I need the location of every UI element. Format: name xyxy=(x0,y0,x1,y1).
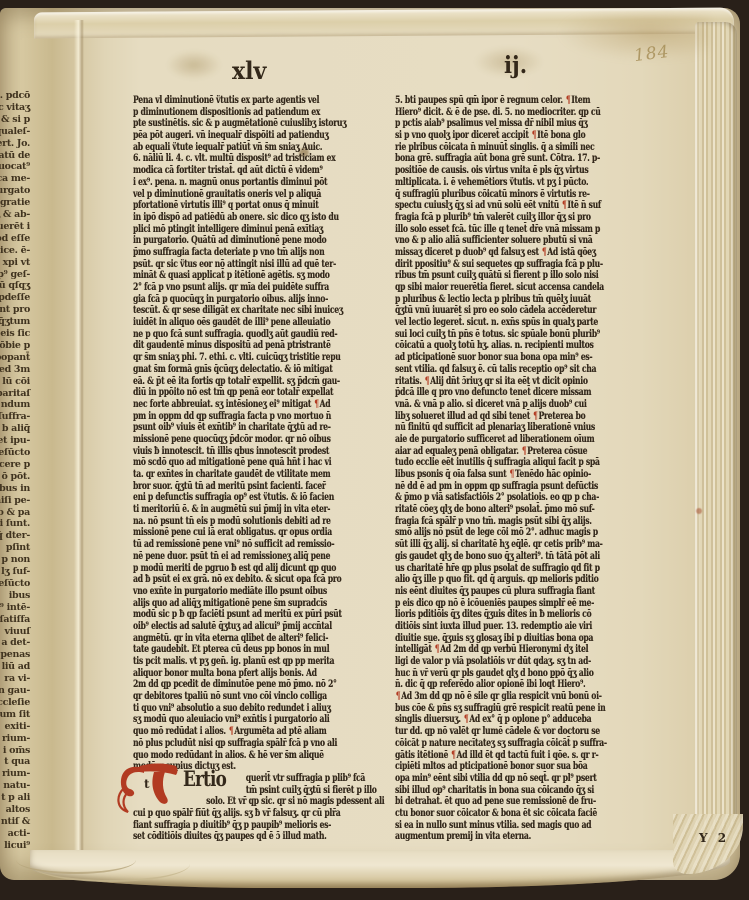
text-line: sūt illi q̄ʒ alij. si charitatē hʒ eq̄lē… xyxy=(395,539,659,551)
rubric-pilcrow-icon: ¶ xyxy=(463,714,469,725)
facing-page-line-fragment: t qua xyxy=(4,756,30,767)
text-line: fragia fcā p plurib⁹ tm̄ valerēt cuilʒ i… xyxy=(395,212,659,224)
text-line: pfortationē virtutis illi⁹ q portat onus… xyxy=(133,200,397,212)
facing-page-line-fragment: i ſunt. xyxy=(0,518,30,529)
facing-page-line-fragment: eſūcto xyxy=(0,578,30,589)
text-line: in ipō dispō ad patiēdū ab onere. sic di… xyxy=(133,212,397,224)
text-line: iuidēt in aliquo oēs gaudēt de illi⁹ pen… xyxy=(133,317,397,329)
text-line: vnā. & vnā p alio. si diceret vnā p alij… xyxy=(395,399,659,411)
text-line: bror suor. q̄ʒtū tn̄ ad meritū psint fac… xyxy=(133,481,397,493)
facing-page-line-fragment: uocat⁹ xyxy=(0,161,30,172)
facing-page-line-fragment: et ipu- xyxy=(0,435,30,446)
handwritten-folio-number: 184 xyxy=(633,42,671,66)
text-line: si p vno quolʒ ipor diceret̄ accipit̄ ¶I… xyxy=(395,130,659,142)
text-line: tur dd. qp nō valēt qr lumē cādele & vor… xyxy=(395,726,659,738)
text-line: singlis diuersuʒ. ¶Ad ex° q̄ p oplone p°… xyxy=(395,714,659,726)
rubric-pilcrow-icon: ¶ xyxy=(531,130,537,141)
text-line: p diminutionem dispositionis ad patiendu… xyxy=(133,107,397,119)
text-line: gia fcā p quocūqʒ in purgatorio oibus. a… xyxy=(133,294,397,306)
text-line: mō scdō quo ad mitigationē pene quā hn̄t… xyxy=(133,457,397,469)
text-line: tate gaudebit. Et pterea cū deus pp bono… xyxy=(133,644,397,656)
text-line: vno & p alio aliā sufficienter soluere p… xyxy=(395,235,659,247)
facing-page-line-fragment: ratū de xyxy=(0,150,30,161)
text-line: vno exn̄te in purgatorio mediāte illo ps… xyxy=(133,586,397,598)
text-line: i ex⁹. pena. n. magnū onus portantis dim… xyxy=(133,177,397,189)
facing-page-line-fragment: ōbie p xyxy=(0,340,30,351)
text-line: aie de purgatorio sufficeret ad liberati… xyxy=(395,434,659,446)
text-line: diuitie sue. q̄ʒuis sʒ glosaʒ ibi p diui… xyxy=(395,633,659,645)
facing-page-line-fragment: bus in xyxy=(0,483,30,494)
text-line: ti quo vni⁹ absolutio a suo debito redun… xyxy=(133,703,397,715)
text-line: set cōditiōis diuites q̄ʒ paupes qd ē ɔ̄… xyxy=(133,831,397,843)
text-line: ritatis. ¶Alij dn̄t ɔ̄riuʒ qr si ita eēt… xyxy=(395,376,659,388)
facing-page-line-fragment: qualeſ- xyxy=(0,126,30,137)
text-line: vel lectio legeret̄. sicut. n. exn̄s spū… xyxy=(395,317,659,329)
gutter-fold-crease xyxy=(74,20,84,850)
text-line: ad ƀ psūt ei ex grā. nō ex debito. & sic… xyxy=(133,574,397,586)
running-header-chapter-number: xlv xyxy=(232,56,266,85)
text-line: ditiōis sint iuxta illud puer. 13. redem… xyxy=(395,621,659,633)
rubric-pilcrow-icon: ¶ xyxy=(565,95,571,106)
text-line: eni p defunctis suffragia op⁹ est v̈tuti… xyxy=(133,492,397,504)
text-line: 5. bti paupes spū qm̄ ipor ē regnum celo… xyxy=(395,95,659,107)
text-line: eā. & p̄t eē ita fortis qp totalr̄ expel… xyxy=(133,376,397,388)
facing-page-line-fragment: exiti- xyxy=(5,721,30,732)
text-line: alio q̄ʒ ille p quo fit. qd q̄ arguis. q… xyxy=(395,574,659,586)
text-line: nec forte abbreuiat. sʒ intēsioneʒ ei⁹ m… xyxy=(133,399,397,411)
facing-page-line-fragment: c vitaʒ xyxy=(0,102,30,113)
facing-page-line-fragment: lice. ē- xyxy=(0,245,30,256)
facing-page-line-fragment: lū cōi xyxy=(2,376,30,387)
text-line: ctu bonor suor cōicator & bona ēt sic cō… xyxy=(395,808,659,820)
facing-page-line-fragment: ntiſ & xyxy=(1,816,30,827)
facing-page-line-fragment: um ſit xyxy=(0,709,30,720)
text-line: mltiplicata. i. ē vehemētiors v̈tutis. v… xyxy=(395,177,659,189)
facing-page-line-fragment: niſi pe- xyxy=(0,495,30,506)
text-line: na. nō psunt tn̄ eis p modū solutionis d… xyxy=(133,516,397,528)
text-line: rie plribus cōicata n̄ minuūt̄ singlis. … xyxy=(395,142,659,154)
text-line: qr s̄m sniaʒ phi. 7. ethi. c. vlti. cuic… xyxy=(133,352,397,364)
facing-page-line-fragment: ca me- xyxy=(0,173,30,184)
facing-page-line-fragment: q̄ʒtum xyxy=(0,316,30,327)
facing-page-line-fragment: cere p xyxy=(0,459,30,470)
text-line: sui loci cuilʒ tn̄ pn̄s ē totus. sic spū… xyxy=(395,329,659,341)
text-line: & p̄mo p viā satisfactiōis 2° psolatiois… xyxy=(395,492,659,504)
text-line: missionē pene cui iā erat obligatus. qr … xyxy=(133,527,397,539)
text-line: aiar ad equaleʒ penā obligatar. ¶Pretere… xyxy=(395,446,659,458)
facing-page-line-fragment: i om̄s xyxy=(3,745,30,756)
text-line: sʒ modū quo aleuiacio vni⁹ exn̄tis i pur… xyxy=(133,714,397,726)
text-line: spectu cuiuslʒ q̄ʒ si ad vnū solū eēt vn… xyxy=(395,200,659,212)
facing-page-line-fragment: altos xyxy=(6,804,30,815)
text-line: sent vtilia. qd falsuʒ ē. cū talis recep… xyxy=(395,364,659,376)
rubric-pilcrow-icon: ¶ xyxy=(532,411,538,422)
facing-page-line-fragment: ʒ & ab- xyxy=(0,209,30,220)
facing-page-line-fragment: urgato xyxy=(0,185,30,196)
text-line: dirit ppositiu⁹ & sui sequetes qp suffra… xyxy=(395,259,659,271)
text-line: huc n̄ vr̄ verū qr pls gaudet qlʒ d bono… xyxy=(395,668,659,680)
text-line: positiōe de causis. ois virtus vnita ē p… xyxy=(395,165,659,177)
text-column-right: 5. bti paupes spū qm̄ ipor ē regnum celo… xyxy=(395,95,659,851)
drop-cap-word: Ertio xyxy=(183,766,226,791)
rubric-pilcrow-icon: ¶ xyxy=(424,376,430,387)
facing-page-line-fragment: p⁹ geſ- xyxy=(0,269,30,280)
text-line: sibi illud op⁹ charitatis in bona sua cō… xyxy=(395,785,659,797)
text-line: lioris pditiōis q̄ʒ dites q̄ʒuis dites i… xyxy=(395,609,659,621)
text-line: missaʒ diceret p duob⁹ qd falsuʒ est ¶Ad… xyxy=(395,247,659,259)
text-line: nis eēnt diuites q̄ʒ paupes cū plura suf… xyxy=(395,586,659,598)
text-line: libʒ solueret illud ad qd sibi tenet̄ ¶P… xyxy=(395,411,659,423)
lombard-initial-T-icon: t xyxy=(114,758,188,820)
text-line: p eis dico qp nō ē icōueniēs paupes simp… xyxy=(395,598,659,610)
facing-page-line-fragment: p non xyxy=(1,554,30,565)
facing-page-line-fragment: ra vi- xyxy=(4,673,30,684)
text-line: tudo ecclie eēt inutilis q̄ suffragia al… xyxy=(395,457,659,469)
fore-edge-page-stack xyxy=(695,22,737,834)
facing-page-line-fragment: gratie xyxy=(0,197,30,208)
text-line: intelligāt̄ ¶Ad 2m dd qp verbū Hieronymi… xyxy=(395,644,659,656)
text-line: pm in oppm dd qp suffragia facta p vno m… xyxy=(133,411,397,423)
text-line: psūt. qr sic v̈tus eor nō attingit nisi … xyxy=(133,259,397,271)
facing-page-line-fragment: t p ali xyxy=(1,792,30,803)
text-line: pēa pōt augeri. vn̄ inequalr̄ dispōiti a… xyxy=(133,130,397,142)
text-line: psunt oib⁹ viuis ēt exn̄tib⁹ in charitat… xyxy=(133,422,397,434)
facing-page-line-fragment: lʒ ſuf- xyxy=(1,566,30,577)
paper-spot xyxy=(696,508,702,514)
facing-page-line-fragment: ert. Jo. xyxy=(0,138,30,149)
facing-page-line-fragment: o & pa xyxy=(0,507,30,518)
rubric-pilcrow-icon: ¶ xyxy=(313,399,319,410)
facing-page-line-fragment: b aliq̄ xyxy=(2,423,30,434)
text-column-left: Pena vl diminutionē v̈tutis ex parte age… xyxy=(133,95,397,851)
text-line: ti meritoriū ē. & in augmētū sui p̄mij i… xyxy=(133,504,397,516)
facing-page-line-fragment: ⁹ intē- xyxy=(0,602,30,613)
facing-page-line-fragment: natu- xyxy=(3,780,30,791)
text-line: ligi de valor p viā psolatiōis vr dūt qd… xyxy=(395,656,659,668)
text-line: dit gaudentē minus dispositū ad penā ptr… xyxy=(133,340,397,352)
rubric-pilcrow-icon: ¶ xyxy=(541,247,547,258)
rubric-pilcrow-icon: ¶ xyxy=(521,446,527,457)
text-line: 2m dd qp pcedit de diminutōe pene mō p̄m… xyxy=(133,679,397,691)
text-line: 6. nāliū li. 4. c. vlt. multū disposit⁹ … xyxy=(133,153,397,165)
text-line: Pena vl diminutionē v̈tutis ex parte age… xyxy=(133,95,397,107)
text-line: Hiero⁹ dicit. & ē de pse. di. 5. no medi… xyxy=(395,107,659,119)
text-line: ab equali v̈tute iequalr̄ patiūt̄ vn̄ s̄… xyxy=(133,142,397,154)
facing-page-line-fragment: ō pōt. xyxy=(1,471,30,482)
text-line: mināt & quasi applicat̄ p itētionē agēti… xyxy=(133,270,397,282)
text-line: aliquor bonor multa bona pfert alijs bon… xyxy=(133,668,397,680)
text-line: gnat s̄m formā gnīs q̄cūqʒ delectatio. &… xyxy=(133,364,397,376)
facing-page-line-fragment: n gau- xyxy=(0,685,30,696)
text-line: nē dd ē ad pm in oppm qp suffragia psunt… xyxy=(395,481,659,493)
text-line: pte sustinētis. sic & p augmētationē cui… xyxy=(133,118,397,130)
rubric-pilcrow-icon: ¶ xyxy=(434,644,440,655)
svg-text:t: t xyxy=(144,777,150,791)
text-line: n̄. dic q̄ qp referēdo alior opionē ibi … xyxy=(395,679,659,691)
quire-signature-mark: Y 2 xyxy=(699,831,729,845)
running-header-question-number: ij. xyxy=(504,52,527,79)
text-line: modica cā fortiter tristat̄. qd aūt dict… xyxy=(133,165,397,177)
rubric-pilcrow-icon: ¶ xyxy=(561,200,567,211)
facing-page-line-fragment: viuuſ xyxy=(4,626,30,637)
text-line: bus cōe & pn̄s sʒ suffragiū grē respicit… xyxy=(395,703,659,715)
facing-page-line-fragment: pſint xyxy=(6,542,30,553)
text-line: p̄mo suffragia facta deteriate p vno tm̄… xyxy=(133,247,397,259)
text-line: illo solo esset fcā. tūc ille q tenet̄ d… xyxy=(395,224,659,236)
facing-page-line-fragment: tū qſqʒ xyxy=(0,280,30,291)
text-line: bi detrahat̄. ēt quo ad pene sue remissi… xyxy=(395,796,659,808)
facing-page-line-fragment: nt pro xyxy=(0,304,30,315)
text-line: p pctis aiab⁹ psalimus vel missa dr̄ nib… xyxy=(395,118,659,130)
rubric-pilcrow-icon: ¶ xyxy=(450,750,456,761)
facing-page-line-fragment: a det- xyxy=(1,637,30,648)
facing-page-line-fragment: ibus xyxy=(9,590,30,601)
text-line: alijs quo ad aliq̄ʒ mitigationē pene s̄m… xyxy=(133,598,397,610)
text-line: plici mō ptingit intelligere diminui pen… xyxy=(133,224,397,236)
text-line: cōicatū a quolʒ totū hʒ. alias. n. recip… xyxy=(395,340,659,352)
text-line: q̄ʒtū vnū iuuarēt si pro eo solo cādela … xyxy=(395,305,659,317)
facing-page-line-fragment: l xpi vt xyxy=(0,257,30,268)
facing-page-text-fragments: i. pdcōc vitaʒa & si pqualeſ-ert. Jo.rat… xyxy=(0,90,31,852)
text-line: 2° fcā p vno psunt alijs. qr mīa dei pui… xyxy=(133,282,397,294)
text-line: ritatē cōeʒ qlʒ de bono alteri⁹ psolat̄.… xyxy=(395,504,659,516)
text-line: nū finitū qd sufficit ad plenariaʒ liber… xyxy=(395,422,659,434)
text-line: ribus tm̄ psunt cuilʒ quātū si fierent p… xyxy=(395,270,659,282)
text-line: p̄dcā ille q pro vno defuncto tenet̄ dic… xyxy=(395,387,659,399)
text-line: libus psonis q̄ oīa falsa sunt ¶Tenēdo h… xyxy=(395,469,659,481)
facing-page-line-fragment: licui⁹ xyxy=(4,840,30,851)
photograph-of-incunable-page: { "page": { "header_left": "xlv", "heade… xyxy=(0,0,749,900)
facing-page-line-fragment: tod eſſe xyxy=(0,233,30,244)
text-line: tescūt. & qr sese diligāt ex charitate n… xyxy=(133,305,397,317)
text-line: vel p diminutionē grauitatis oneris vel … xyxy=(133,189,397,201)
text-line: diū in ppōito nō est tm̄ qp penā eor tot… xyxy=(133,387,397,399)
facing-page-line-fragment: ſuffra- xyxy=(0,411,30,422)
facing-page-line-fragment: ſatiſfa xyxy=(0,614,30,625)
facing-page-line-fragment: rium- xyxy=(2,768,30,779)
facing-page-line-fragment: eſūcto xyxy=(0,447,30,458)
text-line: p modū meriti de pgruo ƀ est qd alij dic… xyxy=(133,563,397,575)
facing-page-line-fragment: a & si p xyxy=(0,114,30,125)
text-line: fragia fcā spālr̄ p vno tm̄. magis psūt … xyxy=(395,516,659,528)
text-line: modū sic p ƀ qp faciēti psunt ad meritū … xyxy=(133,609,397,621)
text-line: ta. qr exn̄tes in charitate gaudēt de vt… xyxy=(133,469,397,481)
facing-page-line-fragment: acti- xyxy=(8,828,30,839)
facing-page-line-fragment: ndum xyxy=(1,399,30,410)
facing-page-line-fragment: popant̄ xyxy=(0,352,30,363)
facing-page-line-fragment: baritaſ xyxy=(0,388,30,399)
text-line: gis gaudet qlʒ de bono suo q̄ʒ alteri⁹. … xyxy=(395,551,659,563)
text-line: tū ad remissionē pene vni⁹ nō sufficit a… xyxy=(133,539,397,551)
text-line: q̄ suffragiū pluribus cōicatū minors ē v… xyxy=(395,189,659,201)
text-line: si ea in nullo sunt minus vtilia. sed ma… xyxy=(395,820,659,832)
text-line: smō alijs nō psūt de lege cōi mō 2°. adh… xyxy=(395,527,659,539)
text-line: cipiēti mltos ad pticipationē bonor suor… xyxy=(395,761,659,773)
text-line: angmētū. qr in vita eterna qlibet de alt… xyxy=(133,633,397,645)
text-line: nō plus pcludūt nisi qp suffragia spālr̄… xyxy=(133,738,397,750)
facing-page-line-fragment: pdeſſe xyxy=(0,292,30,303)
text-line: missionē pene quocūqʒ p̄dcōr modor. qr n… xyxy=(133,434,397,446)
text-line: ¶Ad 3m dd qp nō ē sile qr glia respicit … xyxy=(395,691,659,703)
text-line: opa min⁹ eēnt sibi vtilia dd qp nō seqt̄… xyxy=(395,773,659,785)
text-line: p pluribus & lectio lecta p plribus tm̄ … xyxy=(395,294,659,306)
text-line: ne p quo fcā sunt suffragia. quodlʒ aūt … xyxy=(133,329,397,341)
text-line: quo mō redūdat i alios. ¶Argumēta ad ptē… xyxy=(133,726,397,738)
facing-page-line-fragment: penas xyxy=(0,649,30,660)
text-line: oib⁹ electis ad salutē q̄ʒtuʒ ad alicui⁹… xyxy=(133,621,397,633)
rubric-pilcrow-icon: ¶ xyxy=(395,691,401,702)
facing-page-line-fragment: ſed 3m xyxy=(0,364,30,375)
facing-page-line-fragment: q̄ dter- xyxy=(0,530,30,541)
text-line: tis pcit malis. vt pʒ gen̄. ig. planū es… xyxy=(133,656,397,668)
facing-page-line-fragment: i. pdcō xyxy=(0,90,30,101)
facing-page-line-fragment: liū ad xyxy=(2,661,30,672)
rubric-pilcrow-icon: ¶ xyxy=(509,469,515,480)
text-line: gātis itētionē ¶Ad illd ēt qd tactū fuit… xyxy=(395,750,659,762)
facing-page-line-fragment: rium- xyxy=(2,733,30,744)
text-line: augmentum premij in vita eterna. xyxy=(395,831,659,843)
text-line: viuis ƀ innotescit. tn̄ illis qbus innot… xyxy=(133,446,397,458)
text-line: qp sibi maior reuerētia fieret. sicut ac… xyxy=(395,282,659,294)
text-line: qr debitores tpaliū nō sunt vno cōi vinc… xyxy=(133,691,397,703)
facing-page-line-fragment: ccleſie xyxy=(0,697,30,708)
text-line: nē pene duor. psūt tn̄ ei ad remissioneʒ… xyxy=(133,551,397,563)
text-line: in purgatorio. Quātū ad diminutionē pene… xyxy=(133,235,397,247)
text-line: us charitatē hr̄e qp plus psolat̄ de suf… xyxy=(395,563,659,575)
rubric-pilcrow-icon: ¶ xyxy=(228,726,234,737)
facing-page-line-fragment: eis ſic xyxy=(0,328,30,339)
text-line: fiant suffragia p diuitib⁹ q̄ʒ p paupib⁹… xyxy=(133,820,397,832)
facing-page-line-fragment: uerēt i xyxy=(0,221,30,232)
facing-page-curl-line xyxy=(16,846,136,874)
text-line: ad pticipationē suor bonor sua bona opa … xyxy=(395,352,659,364)
text-line: bona grē. suffragia aūt bona grē sunt. C… xyxy=(395,153,659,165)
text-line: cōicāt p nature necītateʒ sʒ suffragia c… xyxy=(395,738,659,750)
